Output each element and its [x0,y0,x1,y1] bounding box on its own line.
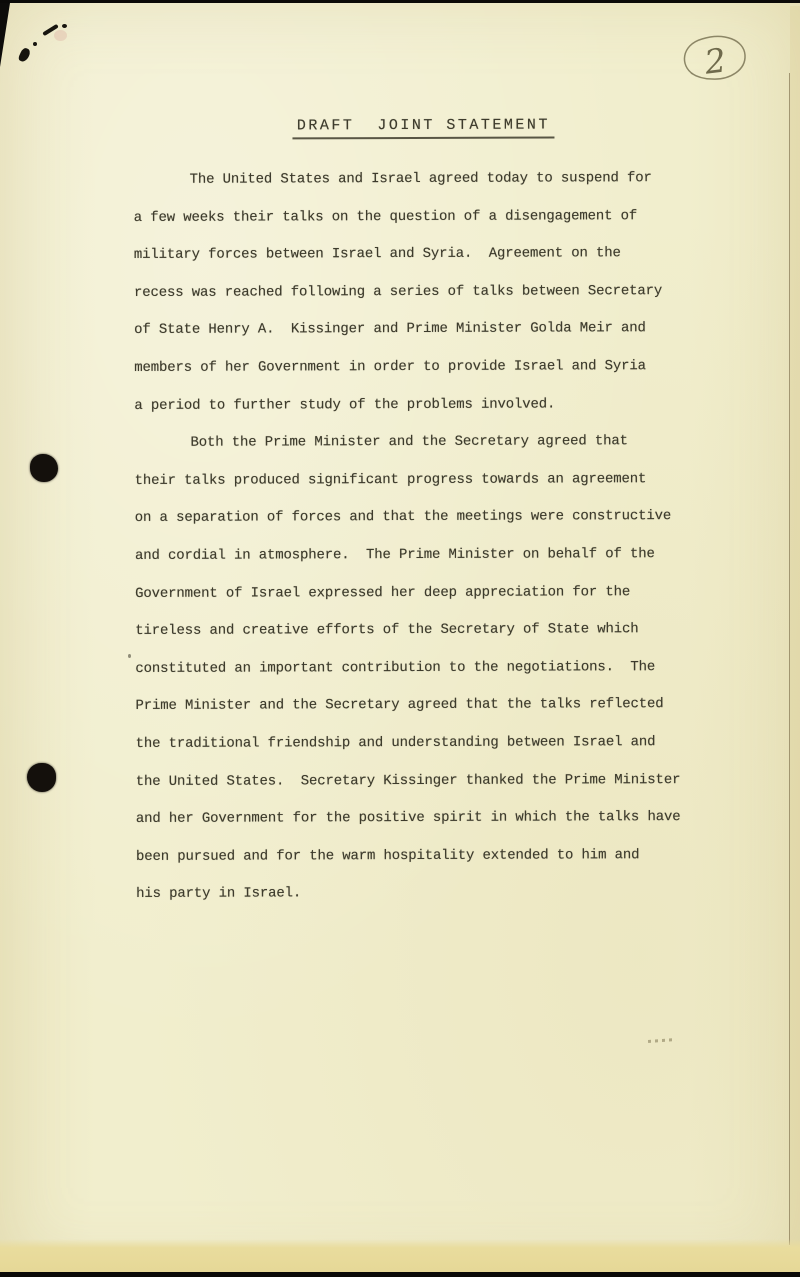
text-line: his party in Israel. [136,874,682,913]
next-page-edge [0,1239,800,1272]
underlying-page-strip [790,6,800,1267]
text-line: of State Henry A. Kissinger and Prime Mi… [134,310,680,349]
text-line: Both the Prime Minister and the Secretar… [134,423,680,462]
document-page: 2 DRAFT JOINT STATEMENT The United State… [0,3,800,1272]
text-line: members of her Government in order to pr… [134,348,680,387]
document-body: The United States and Israel agreed toda… [134,160,683,914]
ink-smudge [54,30,67,41]
text-line: their talks produced significant progres… [135,461,681,500]
scanned-document: { "scan": { "paper_color": "#f1eecd", "i… [0,0,800,1277]
text-line: a period to further study of the problem… [134,386,680,425]
hole-punch-mark [30,454,58,482]
title-row: DRAFT JOINT STATEMENT [133,115,679,140]
text-line: and cordial in atmosphere. The Prime Min… [135,536,681,575]
text-line: constituted an important contribution to… [135,649,681,688]
scan-top-edge [0,0,800,3]
text-line: and her Government for the positive spir… [136,799,682,838]
document-title: DRAFT JOINT STATEMENT [293,116,554,139]
scan-corner-shadow [0,3,10,67]
text-line: recess was reached following a series of… [134,273,680,312]
text-line: the traditional friendship and understan… [136,724,682,763]
text-line: the United States. Secretary Kissinger t… [136,762,682,801]
text-line: Government of Israel expressed her deep … [135,574,681,613]
text-line: been pursued and for the warm hospitalit… [136,837,682,876]
handwritten-page-number: 2 [672,29,756,91]
hole-punch-mark [27,763,56,792]
text-line: The United States and Israel agreed toda… [134,160,680,199]
text-line: military forces between Israel and Syria… [134,235,680,274]
faint-smudge [648,1038,676,1043]
text-line: tireless and creative efforts of the Sec… [135,611,681,650]
pen-mark [62,24,67,28]
paper-speck [128,654,131,658]
pen-mark [33,42,37,46]
text-line: Prime Minister and the Secretary agreed … [135,686,681,725]
text-line: on a separation of forces and that the m… [135,498,681,537]
page-number-digit: 2 [702,40,729,81]
pen-mark [18,47,32,63]
text-line: a few weeks their talks on the question … [134,198,680,237]
